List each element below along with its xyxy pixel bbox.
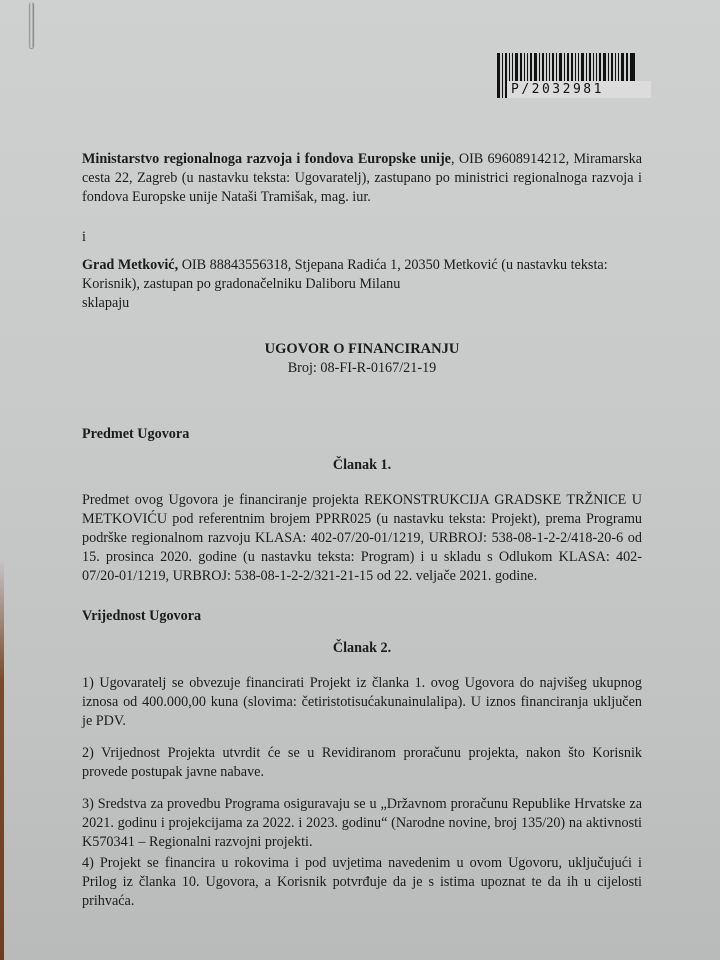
contract-number: Broj: 08-FI-R-0167/21-19 (82, 359, 642, 378)
article-2-clause-4: 4) Projekt se financira u rokovima i pod… (82, 854, 642, 911)
page-edge-shadow (0, 560, 4, 960)
article-2-heading: Članak 2. (82, 639, 642, 658)
barcode: P/2032981 (497, 53, 663, 98)
barcode-bar (497, 53, 500, 98)
staple (29, 2, 34, 48)
party-city: Grad Metković, OIB 88843556318, Stjepana… (82, 256, 642, 313)
article-2-clause-1: 1) Ugovaratelj se obvezuje financirati P… (82, 674, 642, 731)
contract-title-block: UGOVOR O FINANCIRANJU Broj: 08-FI-R-0167… (82, 340, 642, 378)
article-2-clause-2: 2) Vrijednost Projekta utvrdit će se u R… (82, 744, 642, 782)
section-heading-value: Vrijednost Ugovora (82, 607, 201, 626)
party-verb: sklapaju (82, 294, 642, 313)
barcode-number: P/2032981 (507, 81, 651, 98)
article-2-clause-3: 3) Sredstva za provedbu Programa osigura… (82, 795, 642, 852)
party-city-name: Grad Metković, (82, 257, 178, 273)
contract-title: UGOVOR O FINANCIRANJU (82, 340, 642, 359)
section-heading-subject: Predmet Ugovora (82, 425, 189, 444)
party-ministry: Ministarstvo regionalnoga razvoja i fond… (82, 150, 642, 207)
barcode-bar (502, 53, 503, 98)
article-1-heading: Članak 1. (82, 456, 642, 475)
conjunction: i (82, 228, 86, 247)
party-ministry-name: Ministarstvo regionalnoga razvoja i fond… (82, 151, 451, 167)
article-1-text: Predmet ovog Ugovora je financiranje pro… (82, 491, 642, 586)
